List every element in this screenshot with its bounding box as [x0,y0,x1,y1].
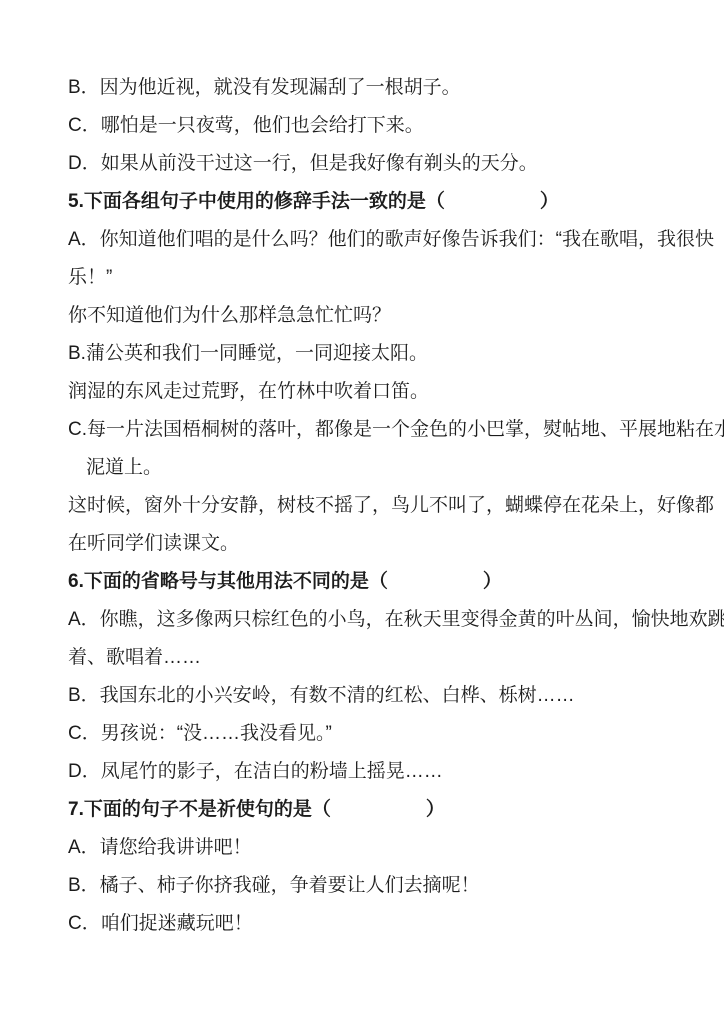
document-body: B．因为他近视，就没有发现漏刮了一根胡子。 C．哪怕是一只夜莺，他们也会给打下来… [0,0,724,943]
option-line: A．请您给我讲讲吧！ [68,829,700,867]
option-line: 润湿的东风走过荒野，在竹林中吹着口笛。 [68,373,700,411]
option-line: C．咱们捉迷藏玩吧！ [68,905,700,943]
option-line: B．因为他近视，就没有发现漏刮了一根胡子。 [68,69,700,107]
option-line-continuation: 在听同学们读课文。 [68,525,700,563]
question-heading-7: 7.下面的句子不是祈使句的是（ ） [68,791,700,829]
option-line: D．如果从前没干过这一行，但是我好像有剃头的天分。 [68,145,700,183]
exam-page: B．因为他近视，就没有发现漏刮了一根胡子。 C．哪怕是一只夜莺，他们也会给打下来… [0,0,724,1024]
option-line-continuation: 乐！” [68,259,700,297]
option-line-continuation: 着、歌唱着…… [68,639,700,677]
option-line: B．我国东北的小兴安岭，有数不清的红松、白桦、栎树…… [68,677,700,715]
option-line: C．男孩说：“没……我没看见。” [68,715,700,753]
option-line: C．哪怕是一只夜莺，他们也会给打下来。 [68,107,700,145]
option-line: D．凤尾竹的影子，在洁白的粉墙上摇晃…… [68,753,700,791]
option-line: B．橘子、柿子你挤我碰，争着要让人们去摘呢！ [68,867,700,905]
option-line: B.蒲公英和我们一同睡觉，一同迎接太阳。 [68,335,700,373]
option-line: A．你瞧，这多像两只棕红色的小鸟，在秋天里变得金黄的叶丛间，愉快地欢跳 [68,601,700,639]
option-line: 你不知道他们为什么那样急急忙忙吗？ [68,297,700,335]
option-line: C.每一片法国梧桐树的落叶，都像是一个金色的小巴掌，熨帖地、平展地粘在水 [68,411,700,449]
option-line-continuation: 泥道上。 [68,449,700,487]
question-heading-5: 5.下面各组句子中使用的修辞手法一致的是（ ） [68,183,700,221]
option-line: 这时候，窗外十分安静，树枝不摇了，鸟儿不叫了，蝴蝶停在花朵上，好像都 [68,487,700,525]
option-line: A．你知道他们唱的是什么吗？他们的歌声好像告诉我们：“我在歌唱，我很快 [68,221,700,259]
question-heading-6: 6.下面的省略号与其他用法不同的是（ ） [68,563,700,601]
